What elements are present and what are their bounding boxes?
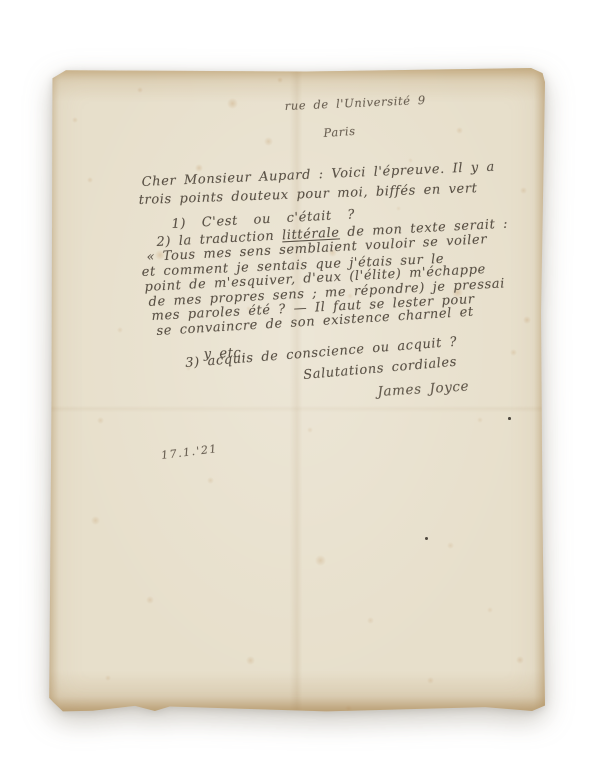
foxing-spot [456, 127, 463, 134]
address-line-city: Paris [323, 124, 356, 140]
foxing-spot [510, 349, 517, 356]
foxing-spot [146, 596, 154, 604]
signature: James Joyce [377, 378, 470, 400]
foxing-spot [227, 98, 238, 109]
foxing-spot [91, 516, 100, 525]
foxing-spot [487, 607, 493, 613]
foxing-spot [315, 555, 326, 566]
foxing-spot [97, 417, 104, 424]
date-annotation: 17.1.'21 [160, 442, 218, 462]
foxing-spot [447, 542, 454, 549]
foxing-spot [277, 77, 283, 83]
foxing-spot [246, 656, 255, 665]
letter-paper: rue de l'Université 9 Paris Cher Monsieu… [48, 68, 545, 712]
foxing-spot [408, 158, 413, 163]
foxing-spot [427, 677, 434, 684]
foxing-spot [117, 327, 123, 333]
foxing-spot [345, 705, 352, 712]
address-line-street: rue de l'Université 9 [284, 93, 426, 113]
foxing-spot [520, 187, 527, 194]
ink-speck [425, 537, 428, 540]
foxing-spot [207, 477, 214, 484]
foxing-spot [396, 206, 401, 211]
foxing-spot [523, 316, 531, 324]
paper-shadow-wrap: rue de l'Université 9 Paris Cher Monsieu… [48, 68, 545, 712]
foxing-spot [137, 87, 143, 93]
foxing-spot [195, 164, 203, 172]
foxing-spot [477, 417, 483, 423]
letter-photograph: rue de l'Université 9 Paris Cher Monsieu… [0, 0, 590, 770]
foxing-spot [516, 656, 524, 664]
foxing-spot [264, 137, 273, 146]
foxing-spot [72, 117, 78, 123]
foxing-spot [105, 675, 111, 681]
foxing-spot [307, 427, 313, 433]
foxing-spot [87, 177, 93, 183]
ink-speck [508, 417, 511, 420]
foxing-spot [367, 617, 374, 624]
